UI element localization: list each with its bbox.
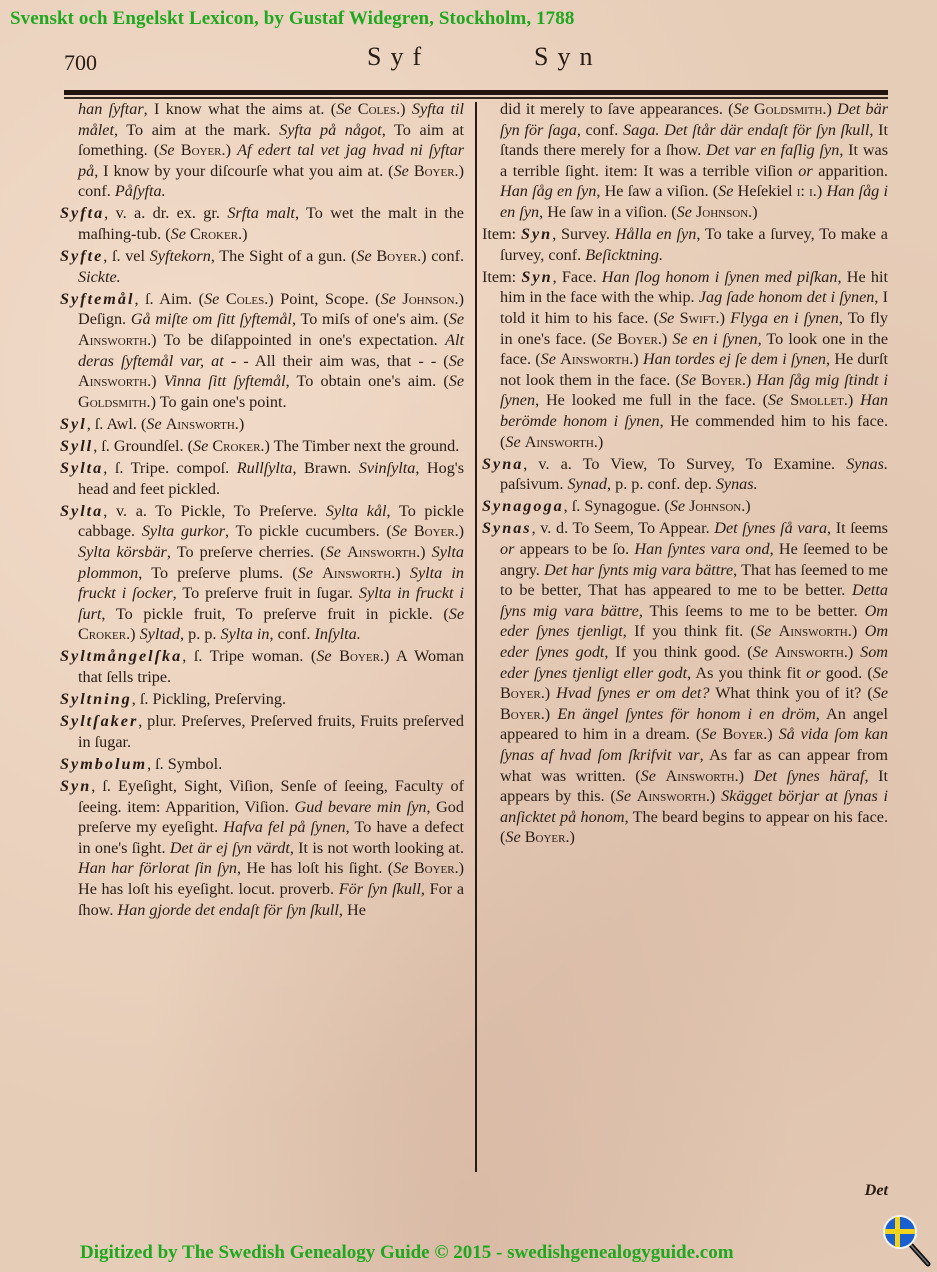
swedish-phrase: Inſylta. <box>314 625 360 643</box>
headword: Symbolum <box>60 755 147 773</box>
definition-text: Item: <box>482 225 521 243</box>
definition-text: , To obtain one's aim. ( <box>286 372 449 390</box>
dictionary-entry: Syltſaker, plur. Preſerves, Preſerved fr… <box>60 711 464 752</box>
swedish-phrase: Se <box>336 100 351 118</box>
swedish-phrase: Se <box>616 787 631 805</box>
definition-text: What think you of it? ( <box>710 684 873 702</box>
definition-text: , v. a. To View, To Survey, To Examine. <box>523 455 846 473</box>
definition-text: , If you think good. ( <box>604 643 752 661</box>
definition-text: ) <box>633 350 643 368</box>
definition-text: ) <box>545 705 558 723</box>
swedish-phrase: Se <box>768 391 783 409</box>
swedish-phrase: Se <box>356 247 371 265</box>
definition-text: ) <box>739 767 754 785</box>
definition-text: ) <box>848 643 860 661</box>
definition-text: , ſ. Tripe. compoſ. <box>103 459 236 477</box>
definition-text: ) The Timber next the ground. <box>264 437 459 455</box>
swedish-phrase: or <box>806 664 820 682</box>
guide-word-left: Syf <box>367 42 430 72</box>
swedish-phrase: Syftekorn <box>150 247 211 265</box>
swedish-phrase: Se <box>756 622 771 640</box>
source-citation: Boyer. <box>500 684 545 702</box>
dictionary-entry: Sylta, v. a. To Pickle, To Preſerve. Syl… <box>60 501 464 645</box>
swedish-phrase: Det har ſynts mig vara bättre <box>544 561 733 579</box>
definition-text: , As you think fit <box>687 664 806 682</box>
definition-text: ) <box>662 330 672 348</box>
source-citation: Ainsworth. <box>637 787 710 805</box>
running-head: 700 Syf Syn <box>0 42 937 82</box>
definition-text: , This ſeems to me to be better. <box>639 602 865 620</box>
definition-text: ) <box>420 543 432 561</box>
definition-text: ) Point, Scope. ( <box>268 290 380 308</box>
swedish-phrase: Se <box>193 437 208 455</box>
source-citation: Boyer. <box>525 828 570 846</box>
headword: Syn <box>60 777 91 795</box>
definition-text: , ſ. vel <box>103 247 149 265</box>
swedish-phrase: Se <box>659 309 674 327</box>
swedish-phrase: Hvad ſynes er om det? <box>556 684 709 702</box>
swedish-phrase: Han ſåg en ſyn <box>500 182 596 200</box>
source-citation: Ainsworth. <box>779 622 852 640</box>
swedish-phrase: Han tordes ej ſe dem i ſynen <box>643 350 826 368</box>
definition-text: appears to be ſo. <box>514 540 634 558</box>
definition-text: , Face. <box>553 268 602 286</box>
definition-text: , To preſerve plums. ( <box>138 564 297 582</box>
dictionary-entry: did it merely to ſave appearances. (Se G… <box>482 99 888 223</box>
definition-text: , I know what the aims at. ( <box>144 100 337 118</box>
swedish-phrase: Se <box>171 225 186 243</box>
swedish-phrase: Han ſyntes vara ond <box>634 540 769 558</box>
definition-text: , He looked me full in the face. ( <box>535 391 768 409</box>
swedish-phrase: han ſyftar <box>78 100 144 118</box>
source-citation: Coles. <box>226 290 268 308</box>
swedish-phrase: Han ſlog honom i ſynen med piſkan <box>602 268 838 286</box>
source-citation: Goldsmith. <box>78 393 151 411</box>
swedish-phrase: Se <box>146 415 161 433</box>
right-column: did it merely to ſave appearances. (Se G… <box>482 99 888 849</box>
source-citation: Ainsworth. <box>775 643 848 661</box>
headword: Syn <box>521 268 552 286</box>
swedish-phrase: Se <box>541 350 556 368</box>
swedish-phrase: Det var en faſlig ſyn <box>706 141 839 159</box>
guide-word-right: Syn <box>534 42 601 72</box>
dictionary-entry: Sylta, ſ. Tripe. compoſ. Rullſylta, Braw… <box>60 458 464 499</box>
source-citation: Boyer. <box>414 522 459 540</box>
definition-text: , Survey. <box>552 225 615 243</box>
swedish-phrase: Se <box>449 372 464 390</box>
source-citation: Johnson. <box>689 497 745 515</box>
definition-text: Item: <box>482 268 521 286</box>
definition-text: , ſ. Synagogue. ( <box>564 497 670 515</box>
swedish-phrase: För ſyn ſkull <box>339 880 421 898</box>
dictionary-entry: Syna, v. a. To View, To Survey, To Exami… <box>482 454 888 495</box>
source-citation: Boyer. <box>617 330 662 348</box>
headword: Syll <box>60 437 93 455</box>
definition-text: , ſ. Groundſel. ( <box>93 437 193 455</box>
swedish-phrase: Se <box>449 310 464 328</box>
swedish-phrase: or <box>798 162 812 180</box>
definition-text: ) <box>598 433 603 451</box>
dictionary-entry: Synagoga, ſ. Synagogue. (Se Johnson.) <box>482 496 888 517</box>
source-citation: Ainsworth. <box>78 331 151 349</box>
headword: Syftemål <box>60 290 134 308</box>
swedish-phrase: Se <box>597 330 612 348</box>
dictionary-entry: Syll, ſ. Groundſel. (Se Croker.) The Tim… <box>60 436 464 457</box>
definition-text <box>768 643 775 661</box>
headword: Synagoga <box>482 497 564 515</box>
source-citation: Coles. <box>358 100 400 118</box>
definition-text <box>313 564 322 582</box>
swedish-phrase: Hafva fel på ſynen <box>223 818 345 836</box>
swedish-phrase: Gud bevare min ſyn <box>295 798 427 816</box>
dictionary-entry: Syftemål, ſ. Aim. (Se Coles.) Point, Sco… <box>60 289 464 413</box>
definition-text: , ſ. Aim. ( <box>134 290 204 308</box>
swedish-phrase: Sylta körsbär <box>78 543 167 561</box>
swedish-phrase: or <box>500 540 514 558</box>
definition-text: , If you think fit. ( <box>623 622 756 640</box>
dictionary-entry: Syltmångelſka, ſ. Tripe woman. (Se Boyer… <box>60 646 464 687</box>
definition-text: , It ſeems <box>827 519 888 537</box>
source-citation: Ainsworth. <box>78 372 151 390</box>
swedish-phrase: Se <box>159 141 174 159</box>
definition-text: Heſekiel <box>733 182 796 200</box>
swedish-phrase: Se <box>733 100 748 118</box>
source-citation: Boyer. <box>701 371 746 389</box>
headword: Syl <box>60 415 87 433</box>
source-citation: Ainsworth. <box>322 564 395 582</box>
headword: Synas <box>482 519 532 537</box>
swedish-phrase: Se <box>316 647 331 665</box>
definition-text: , To pickle fruit, To preſerve fruit in … <box>101 605 448 623</box>
source-citation: Boyer. <box>414 162 459 180</box>
definition-text: ) <box>545 684 556 702</box>
definition-text: , v. d. To Seem, To Appear. <box>532 519 715 537</box>
swedish-phrase: Syfta på något <box>279 121 382 139</box>
source-citation: Ainsworth. <box>166 415 239 433</box>
definition-text: , v. a. To Pickle, To Preſerve. <box>103 502 325 520</box>
source-citation: Croker. <box>78 625 130 643</box>
source-citation: Ainsworth. <box>525 433 598 451</box>
swedish-phrase: Srfta malt <box>227 204 295 222</box>
headword: Syfta <box>60 204 104 222</box>
dictionary-entry: Syfta, v. a. dr. ex. gr. Srfta malt, To … <box>60 203 464 244</box>
swedish-phrase: Se <box>505 433 520 451</box>
dictionary-entry: Syl, ſ. Awl. (Se Ainsworth.) <box>60 414 464 435</box>
definition-text <box>771 622 778 640</box>
definition-text: , It is not worth looking at. <box>290 839 464 857</box>
source-citation: Goldsmith. <box>754 100 827 118</box>
swedish-phrase: Se <box>394 162 409 180</box>
definition-text: , ſ. Symbol. <box>147 755 222 773</box>
dictionary-entry: Syfte, ſ. vel Syftekorn, The Sight of a … <box>60 246 464 287</box>
definition-text: , To aim at the mark. <box>114 121 279 139</box>
headword: Syfte <box>60 247 103 265</box>
headword: Syltſaker <box>60 712 138 730</box>
source-citation: Boyer. <box>722 725 767 743</box>
swedish-phrase: Se <box>449 352 464 370</box>
definition-text: paſsivum. <box>500 475 567 493</box>
catchword: Det <box>482 1180 888 1201</box>
definition-text: , To preſerve fruit in ſugar. <box>173 584 359 602</box>
swedish-phrase: Gå miſte om ſitt ſyftemål <box>131 310 292 328</box>
definition-text: , v. a. dr. ex. gr. <box>104 204 227 222</box>
dictionary-entry: han ſyftar, I know what the aims at. (Se… <box>60 99 464 202</box>
dictionary-entry: Symbolum, ſ. Symbol. <box>60 754 464 775</box>
source-citation: Boyer. <box>339 647 384 665</box>
swedish-phrase: Se <box>873 664 888 682</box>
source-citation: i: i. <box>797 182 817 200</box>
definition-text: , The Sight of a gun. ( <box>211 247 357 265</box>
swedish-phrase: Syltad <box>140 625 180 643</box>
swedish-phrase: Se <box>449 605 464 623</box>
headword: Syltning <box>60 690 132 708</box>
definition-text: , Brawn. <box>292 459 358 477</box>
left-column: han ſyftar, I know what the aims at. (Se… <box>60 99 464 922</box>
definition-text: ) <box>130 625 139 643</box>
swedish-phrase: Synas. <box>846 455 888 473</box>
dictionary-entry: Syn, ſ. Eyeſight, Sight, Viſion, Senſe o… <box>60 776 464 920</box>
swedish-phrase: Se <box>681 371 696 389</box>
swedish-phrase: Det ſtår där endaſt för ſyn ſkull <box>664 121 869 139</box>
definition-text: , ſ. Tripe woman. ( <box>182 647 316 665</box>
definition-text: ) <box>767 725 778 743</box>
definition-text: , I know by your diſcourſe what you aim … <box>94 162 393 180</box>
column-divider <box>475 102 477 1172</box>
catchword-wrap: Det <box>482 1180 888 1201</box>
definition-text: , p. p. <box>180 625 220 643</box>
definition-text: ) <box>752 203 757 221</box>
swedish-phrase: Det ſynes ſå vara <box>714 519 827 537</box>
definition-text: ) <box>570 828 575 846</box>
swedish-phrase: Svinſylta <box>359 459 416 477</box>
definition-text: ) <box>710 787 721 805</box>
definition-text: ) <box>226 141 238 159</box>
source-citation: Croker. <box>212 437 264 455</box>
definition-text: apparition. <box>813 162 888 180</box>
definition-text: ) <box>459 522 464 540</box>
swedish-phrase: Jag ſade honom det i ſynen <box>699 288 875 306</box>
swedish-phrase: Sickte. <box>78 268 121 286</box>
page-number: 700 <box>64 50 97 76</box>
definition-text: , ſ. Awl. ( <box>87 415 147 433</box>
definition-text: ) <box>242 225 247 243</box>
source-citation: Ainsworth. <box>666 767 739 785</box>
swedish-phrase: Se <box>753 643 768 661</box>
definition-text: , conf. <box>577 121 623 139</box>
source-citation: Boyer. <box>500 705 545 723</box>
swedish-phrase: Se <box>392 522 407 540</box>
definition-text: , ſ. Pickling, Preſerving. <box>132 690 286 708</box>
definition-text: did it merely to ſave appearances. ( <box>500 100 733 118</box>
swedish-phrase: Hålla en ſyn <box>615 225 697 243</box>
definition-text: ) <box>395 564 410 582</box>
definition-text: ) <box>151 372 164 390</box>
definition-text: , To pickle cucumbers. ( <box>225 522 392 540</box>
swedish-phrase: Se en i ſynen <box>672 330 757 348</box>
swedish-phrase: Sylta gurkor <box>142 522 225 540</box>
definition-text: ) conf. <box>421 247 464 265</box>
swedish-phrase: Rullſylta <box>237 459 293 477</box>
definition-text: ) To be diſappointed in one's expectatio… <box>151 331 445 349</box>
definition-text: ) <box>745 497 750 515</box>
definition-text: ) <box>852 622 865 640</box>
definition-text: ) <box>746 371 756 389</box>
source-citation: Johnson. <box>402 290 458 308</box>
footer-credit: Digitized by The Swedish Genealogy Guide… <box>80 1242 734 1264</box>
definition-text: ) <box>720 309 731 327</box>
swedish-phrase: Se <box>204 290 219 308</box>
definition-text: , He has loſt his ſight. ( <box>237 859 393 877</box>
swedish-phrase: Se <box>873 684 888 702</box>
swedish-phrase: Det ſynes häraf <box>754 767 865 785</box>
headword: Syn <box>521 225 552 243</box>
source-citation: Boyer. <box>414 859 459 877</box>
swedish-phrase: En ängel ſyntes för honom i en dröm <box>557 705 815 723</box>
swedish-phrase: Se <box>701 725 716 743</box>
swedish-phrase: Se <box>718 182 733 200</box>
swedish-phrase: Se <box>381 290 396 308</box>
definition-text: ) <box>239 415 244 433</box>
source-citation: Croker. <box>190 225 242 243</box>
dictionary-entry: Item: Syn, Survey. Hålla en ſyn, To take… <box>482 224 888 265</box>
headword: Sylta <box>60 502 103 520</box>
source-citation: Swift. <box>680 309 720 327</box>
source-citation: Smollet. <box>790 391 848 409</box>
swedish-flag-magnifier-icon <box>880 1212 932 1268</box>
source-citation: Ainsworth. <box>347 543 420 561</box>
definition-text: , To preſerve cherries. ( <box>167 543 326 561</box>
definition-text: , He ſaw in a viſion. ( <box>539 203 677 221</box>
source-citation: Boyer. <box>376 247 421 265</box>
definition-text: ) To gain one's point. <box>151 393 287 411</box>
swedish-phrase: Sylta in <box>221 625 270 643</box>
swedish-phrase: Se <box>670 497 685 515</box>
source-citation: Boyer. <box>181 141 226 159</box>
swedish-phrase: Synas. <box>716 475 758 493</box>
dictionary-entry: Synas, v. d. To Seem, To Appear. Det ſyn… <box>482 518 888 848</box>
source-citation: Ainsworth. <box>560 350 633 368</box>
swedish-phrase: Påſyfta. <box>115 182 166 200</box>
swedish-phrase: Synad <box>567 475 607 493</box>
definition-text: , He <box>339 901 366 919</box>
swedish-phrase: Beſicktning. <box>585 246 663 264</box>
headword: Syna <box>482 455 523 473</box>
definition-text <box>656 767 666 785</box>
swedish-phrase: Se <box>641 767 656 785</box>
definition-text: ) <box>826 100 837 118</box>
definition-text <box>407 522 414 540</box>
site-title: Svenskt och Engelskt Lexicon, by Gustaf … <box>10 8 574 30</box>
definition-text: , p. p. conf. dep. <box>607 475 716 493</box>
swedish-phrase: Se <box>298 564 313 582</box>
swedish-phrase: Han gjorde det endaſt för ſyn ſkull <box>117 901 339 919</box>
swedish-phrase: Flyga en i ſynen <box>730 309 839 327</box>
header-rule <box>64 90 888 95</box>
source-citation: Johnson. <box>696 203 752 221</box>
definition-text: , conf. <box>270 625 315 643</box>
definition-text: - - All their aim was, that - - ( <box>224 352 449 370</box>
swedish-phrase: Det är ej ſyn värdt <box>170 839 290 857</box>
headword: Sylta <box>60 459 103 477</box>
definition-text: , To miſs of one's aim. ( <box>292 310 449 328</box>
headword: Syltmångelſka <box>60 647 182 665</box>
swedish-phrase: Se <box>326 543 341 561</box>
swedish-phrase: Han har förlorat ſin ſyn <box>78 859 237 877</box>
dictionary-entry: Item: Syn, Face. Han ſlog honom i ſynen … <box>482 267 888 452</box>
swedish-phrase: Saga. <box>623 121 659 139</box>
definition-text: ) <box>400 100 412 118</box>
definition-text: , He ſaw a viſion. ( <box>596 182 718 200</box>
swedish-phrase: Se <box>393 859 408 877</box>
swedish-phrase: Se <box>677 203 692 221</box>
swedish-phrase: Sylta kål <box>326 502 387 520</box>
dictionary-entry: Syltning, ſ. Pickling, Preſerving. <box>60 689 464 710</box>
definition-text: good. ( <box>821 664 873 682</box>
swedish-phrase: Se <box>505 828 520 846</box>
swedish-phrase: Vinna ſitt ſyftemål <box>164 372 286 390</box>
definition-text: ) <box>848 391 860 409</box>
